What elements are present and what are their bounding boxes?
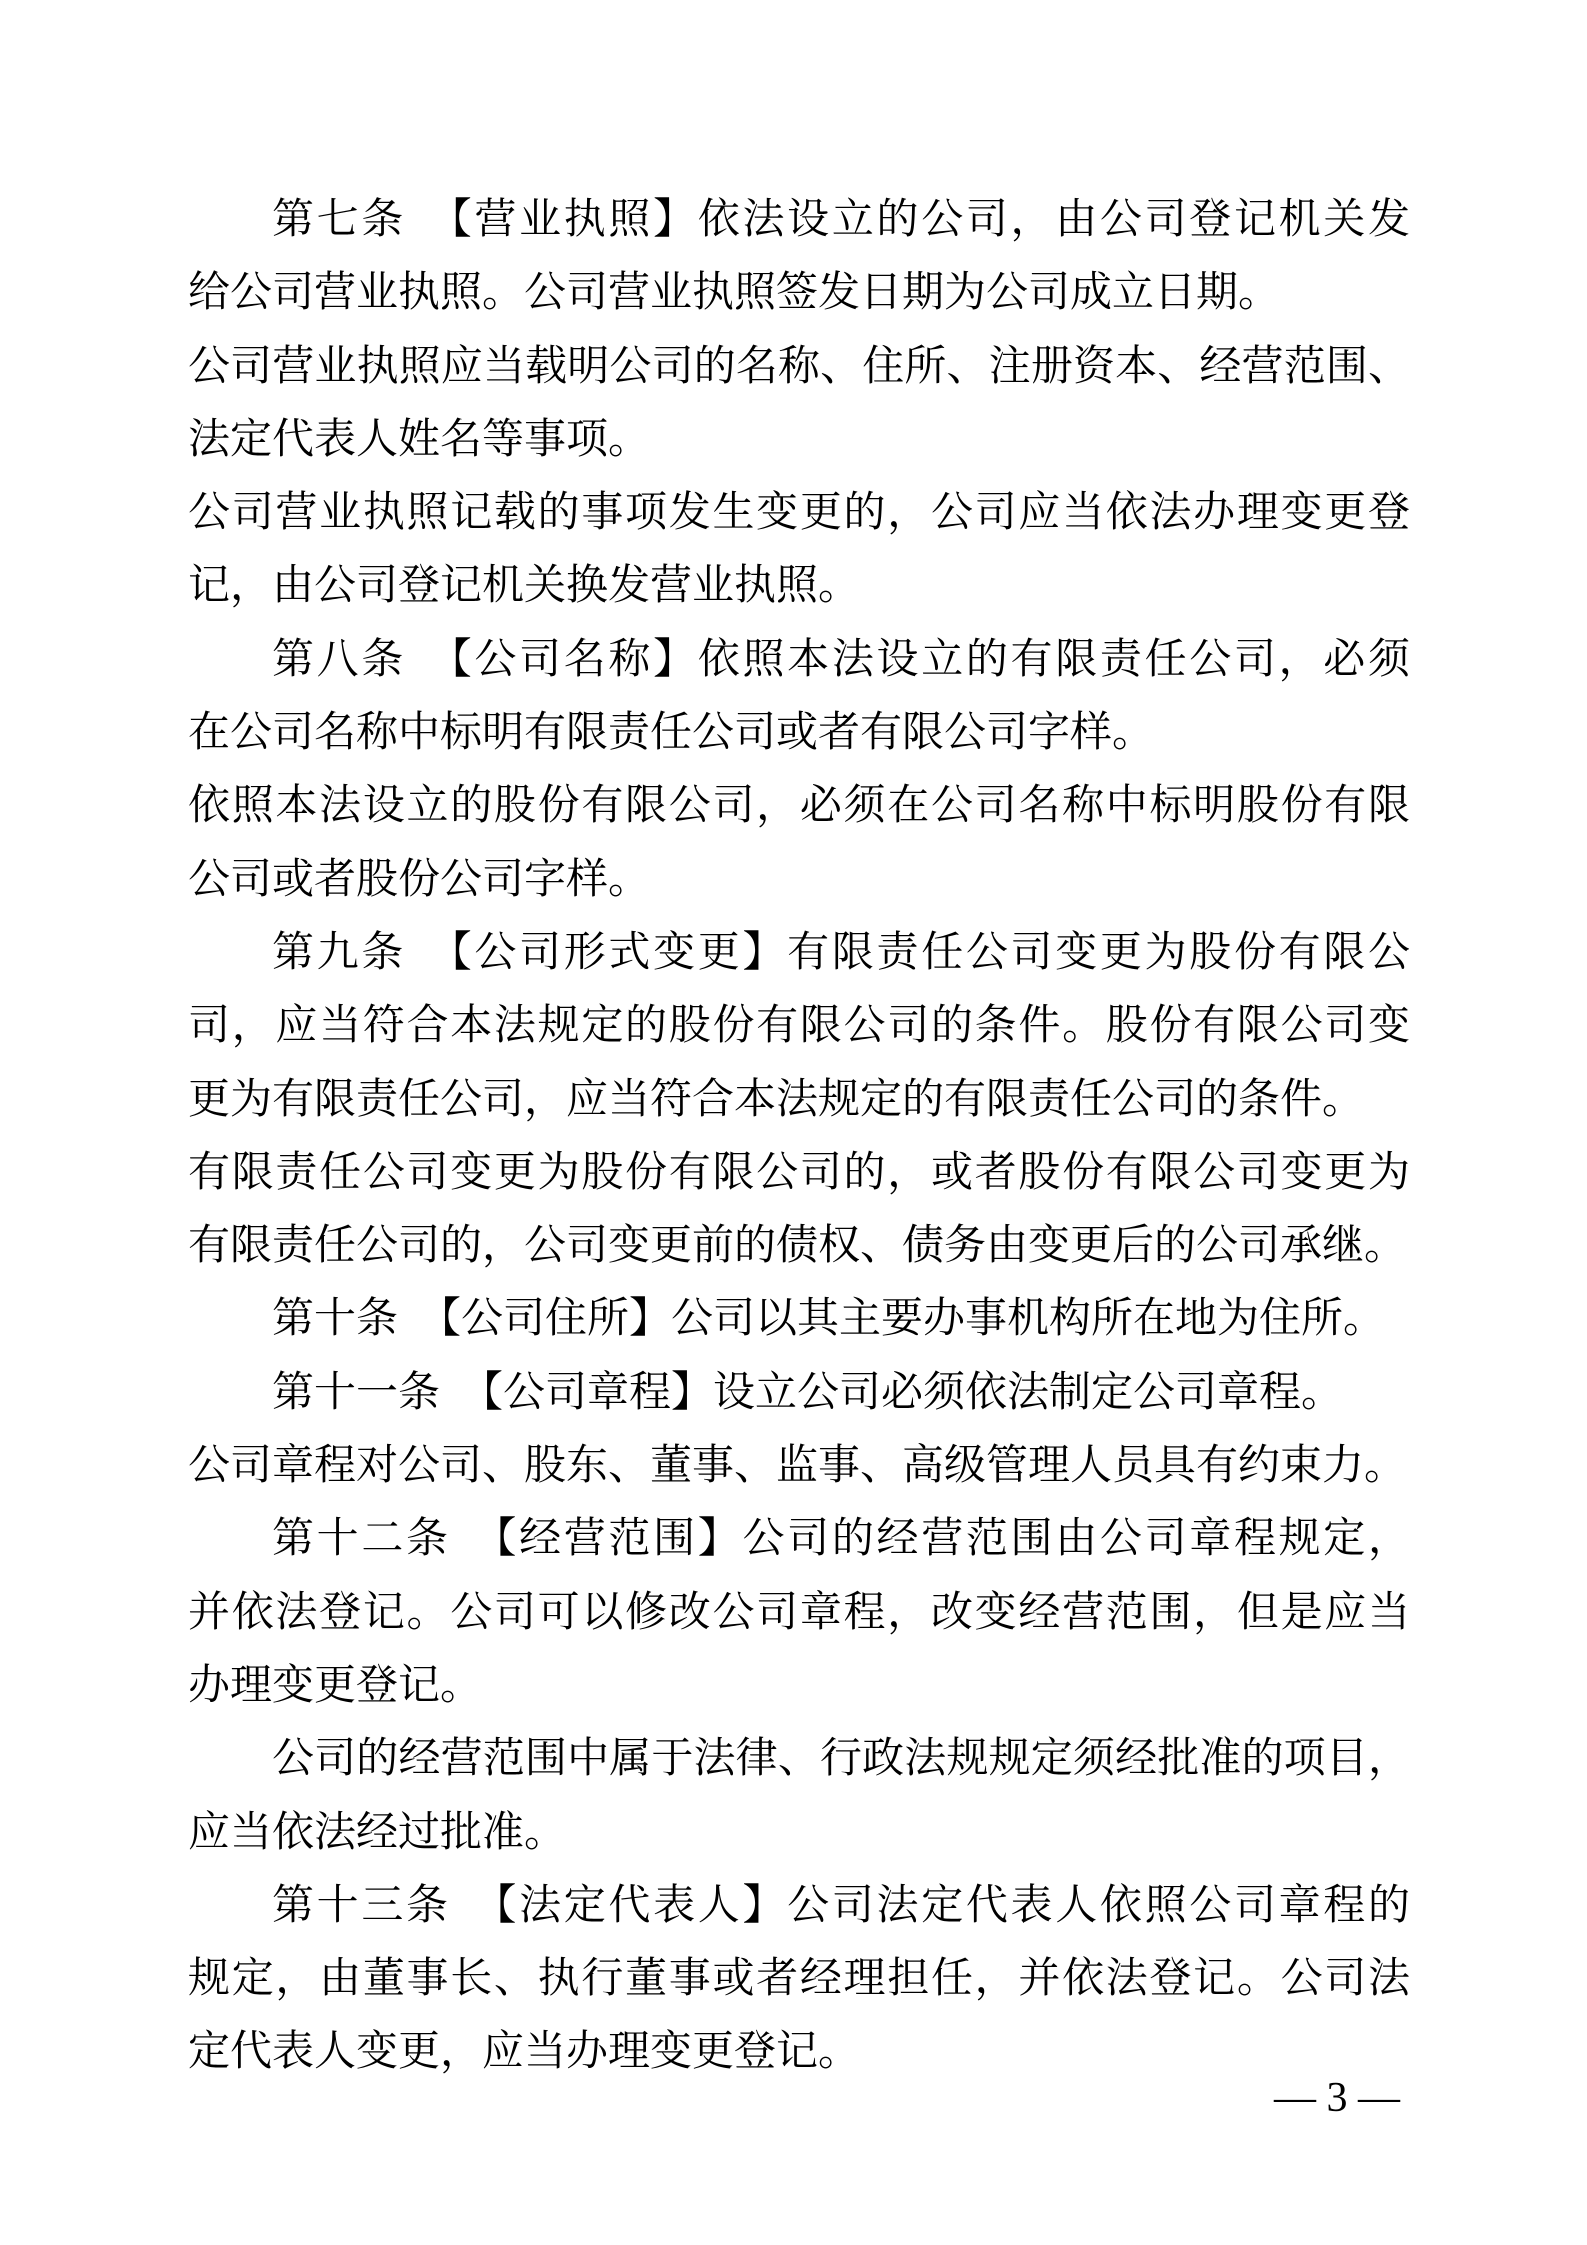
text-line: 依照本法设立的股份有限公司，必须在公司名称中标明股份有限	[188, 770, 1410, 843]
text-line: 给公司营业执照。公司营业执照签发日期为公司成立日期。	[188, 257, 1410, 330]
text-line: 第九条 【公司形式变更】有限责任公司变更为股份有限公	[188, 917, 1410, 990]
document-text: 第七条 【营业执照】依法设立的公司，由公司登记机关发给公司营业执照。公司营业执照…	[188, 184, 1410, 2090]
text-line: 司，应当符合本法规定的股份有限公司的条件。股份有限公司变	[188, 990, 1410, 1063]
text-line: 法定代表人姓名等事项。	[188, 404, 1410, 477]
text-line: 公司营业执照记载的事项发生变更的，公司应当依法办理变更登	[188, 477, 1410, 550]
text-line: 第八条 【公司名称】依照本法设立的有限责任公司，必须	[188, 624, 1410, 697]
document-page: 第七条 【营业执照】依法设立的公司，由公司登记机关发给公司营业执照。公司营业执照…	[0, 0, 1587, 2245]
page-footer: — 3 —	[1274, 2072, 1400, 2124]
text-line: 第十一条 【公司章程】设立公司必须依法制定公司章程。	[188, 1357, 1410, 1430]
page-number: — 3 —	[1274, 2075, 1400, 2121]
text-line: 并依法登记。公司可以修改公司章程，改变经营范围，但是应当	[188, 1577, 1410, 1650]
text-line: 第十三条 【法定代表人】公司法定代表人依照公司章程的	[188, 1870, 1410, 1943]
text-line: 记，由公司登记机关换发营业执照。	[188, 550, 1410, 623]
text-line: 有限责任公司的，公司变更前的债权、债务由变更后的公司承继。	[188, 1210, 1410, 1283]
text-line: 公司或者股份公司字样。	[188, 844, 1410, 917]
text-line: 定代表人变更，应当办理变更登记。	[188, 2016, 1410, 2089]
text-line: 办理变更登记。	[188, 1650, 1410, 1723]
text-line: 第十条 【公司住所】公司以其主要办事机构所在地为住所。	[188, 1283, 1410, 1356]
text-line: 公司章程对公司、股东、董事、监事、高级管理人员具有约束力。	[188, 1430, 1410, 1503]
text-line: 有限责任公司变更为股份有限公司的，或者股份有限公司变更为	[188, 1137, 1410, 1210]
text-line: 应当依法经过批准。	[188, 1797, 1410, 1870]
text-line: 更为有限责任公司，应当符合本法规定的有限责任公司的条件。	[188, 1064, 1410, 1137]
text-line: 第七条 【营业执照】依法设立的公司，由公司登记机关发	[188, 184, 1410, 257]
text-line: 第十二条 【经营范围】公司的经营范围由公司章程规定，	[188, 1503, 1410, 1576]
text-line: 在公司名称中标明有限责任公司或者有限公司字样。	[188, 697, 1410, 770]
text-line: 公司的经营范围中属于法律、行政法规规定须经批准的项目，	[188, 1723, 1410, 1796]
text-line: 公司营业执照应当载明公司的名称、住所、注册资本、经营范围、	[188, 331, 1410, 404]
text-line: 规定，由董事长、执行董事或者经理担任，并依法登记。公司法	[188, 1943, 1410, 2016]
